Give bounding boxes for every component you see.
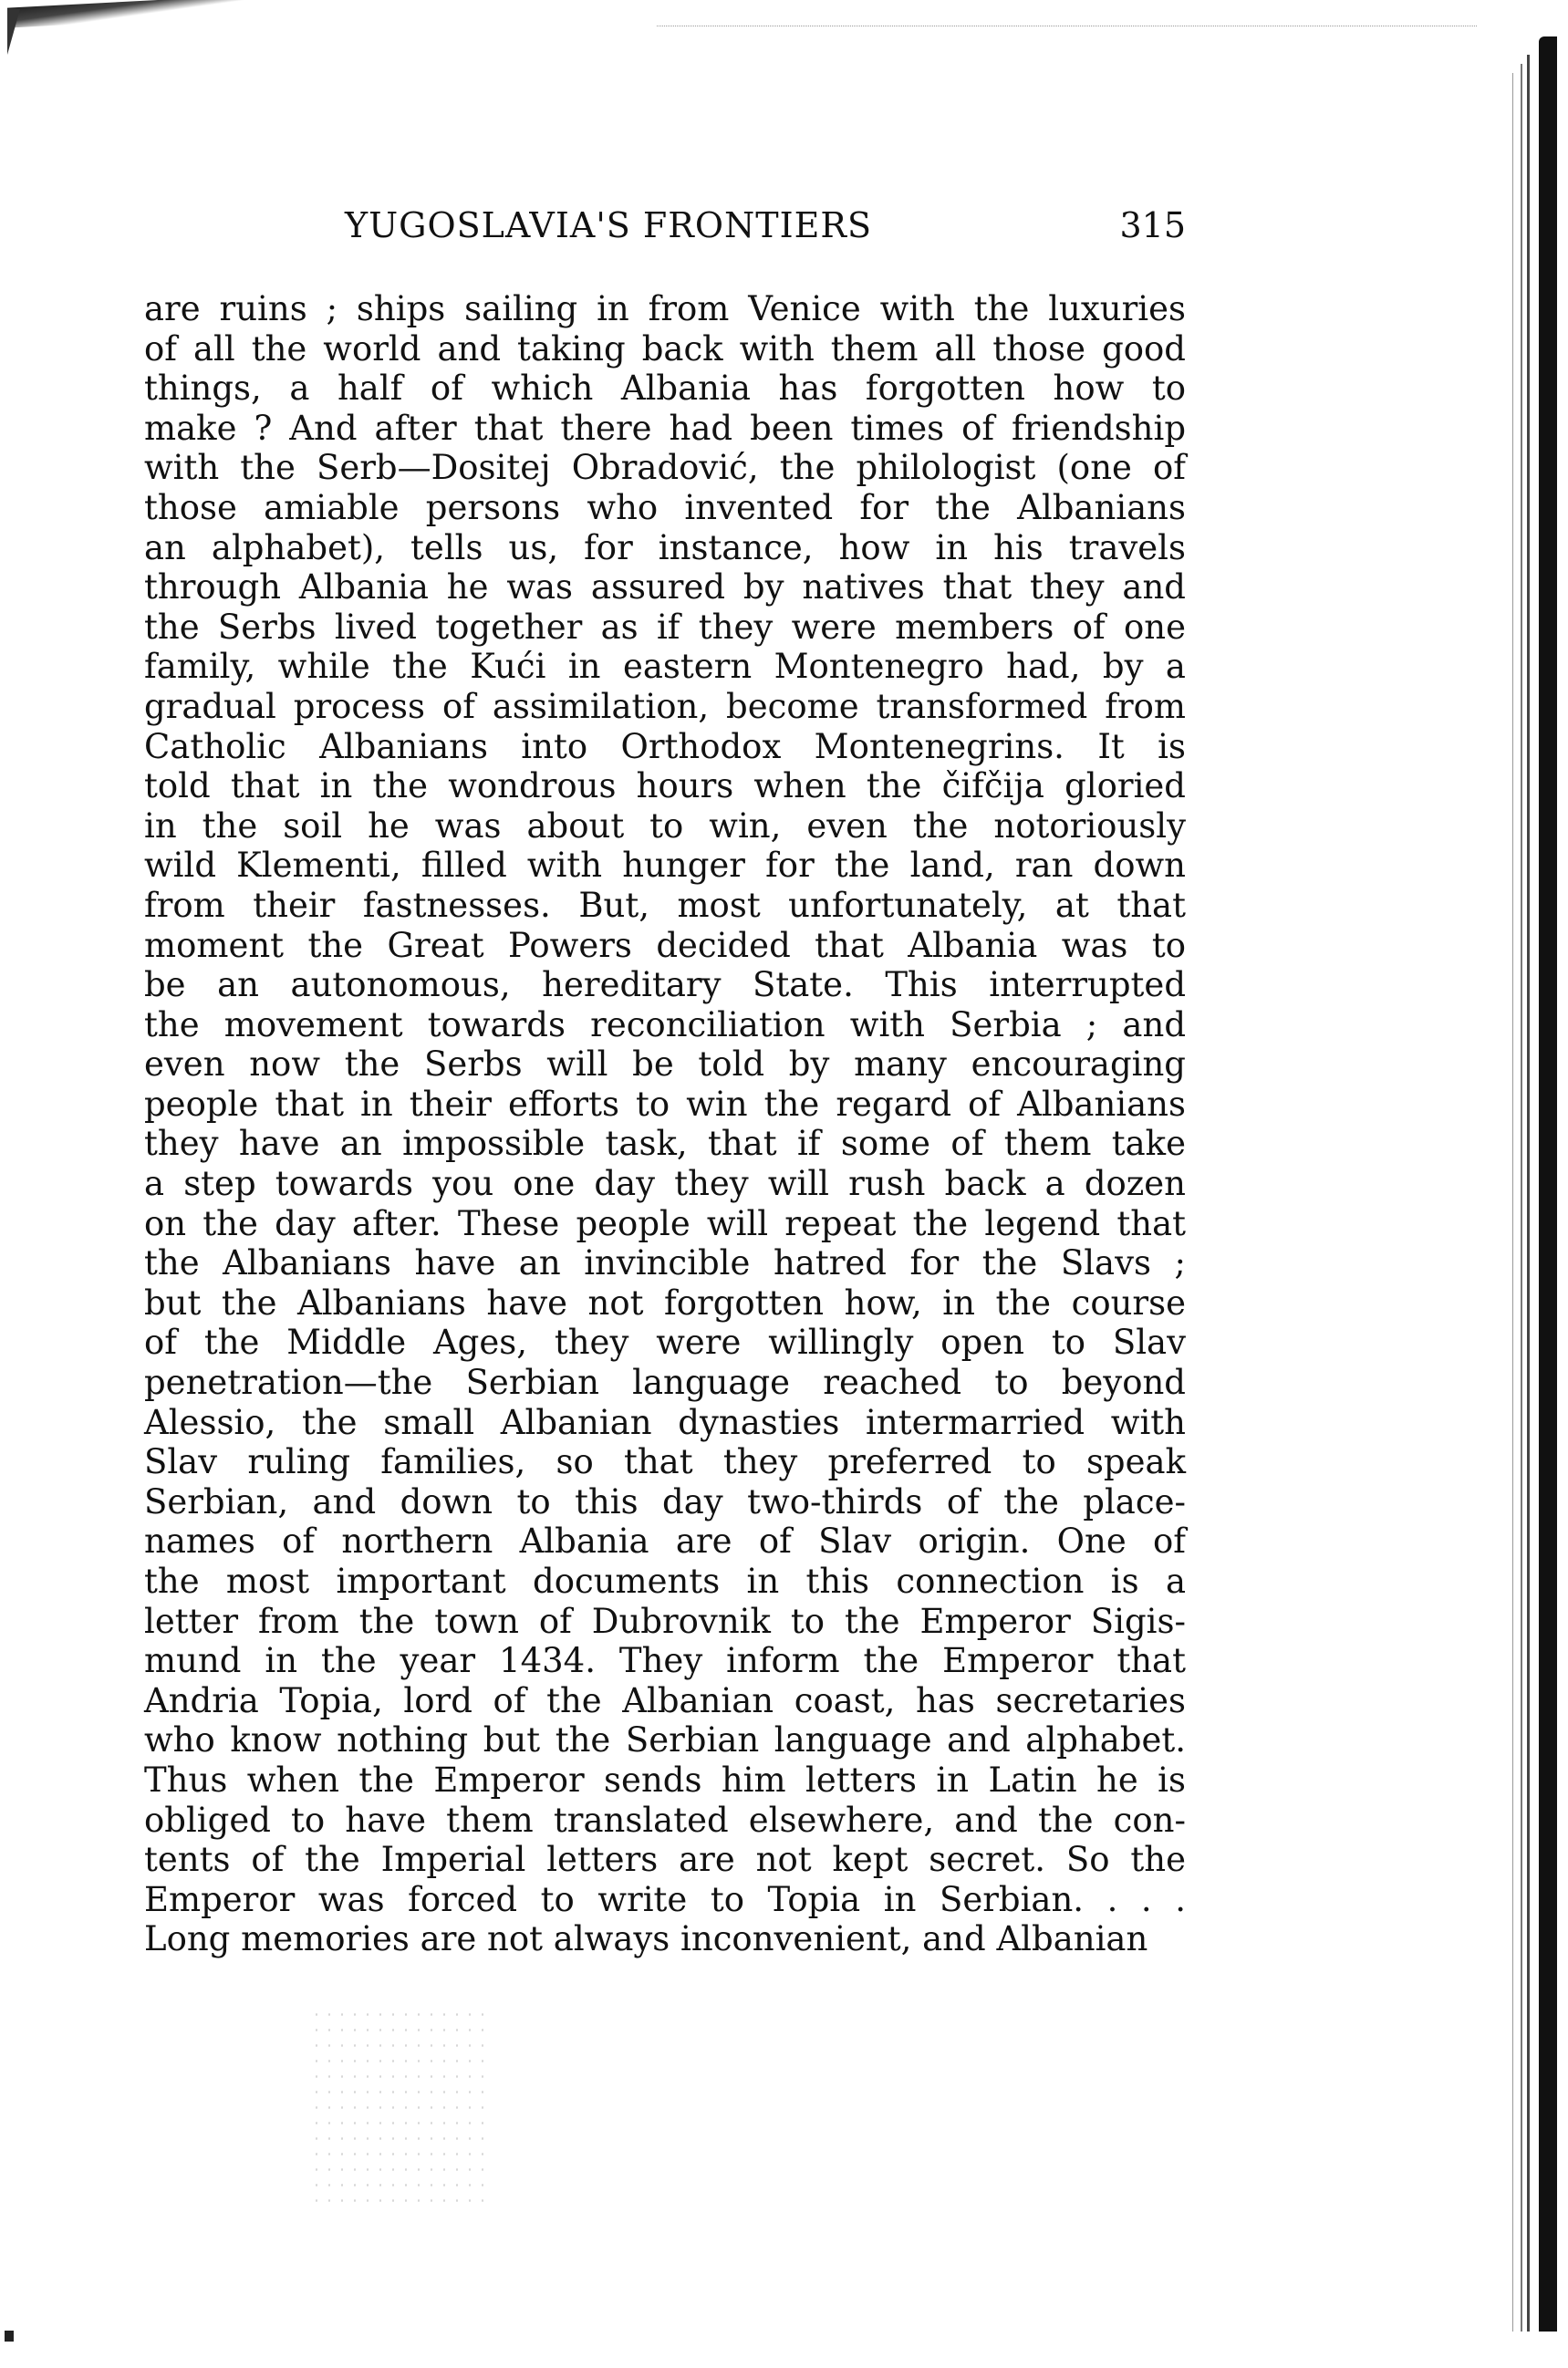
text-line: in the soil he was about to win, even th… — [144, 806, 1186, 846]
text-line: wild Klementi, filled with hunger for th… — [144, 846, 1186, 886]
text-line: the Serbs lived together as if they were… — [144, 608, 1186, 648]
text-line: moment the Great Powers decided that Alb… — [144, 926, 1186, 966]
text-line: of all the world and taking back with th… — [144, 329, 1186, 369]
text-line: of the Middle Ages, they were willingly … — [144, 1323, 1186, 1363]
page-number: 315 — [1119, 205, 1186, 245]
running-title: YUGOSLAVIA'S FRONTIERS — [345, 205, 872, 245]
text-line: things, a half of which Albania has forg… — [144, 369, 1186, 409]
book-page: YUGOSLAVIA'S FRONTIERS 315 are ruins ; s… — [144, 205, 1186, 1959]
text-line: Thus when the Emperor sends him letters … — [144, 1760, 1186, 1801]
text-line: the Albanians have an invincible hatred … — [144, 1243, 1186, 1283]
text-line: the movement towards reconciliation with… — [144, 1005, 1186, 1045]
scan-mark — [5, 2331, 14, 2342]
text-line: but the Albanians have not forgotten how… — [144, 1283, 1186, 1324]
text-line: on the day after. These people will repe… — [144, 1204, 1186, 1244]
text-line: be an autonomous, hereditary State. This… — [144, 965, 1186, 1005]
scan-speckle — [310, 2007, 493, 2207]
running-head: YUGOSLAVIA'S FRONTIERS 315 — [144, 205, 1186, 253]
text-line: Serbian, and down to this day two-thirds… — [144, 1482, 1186, 1522]
text-line: names of northern Albania are of Slav or… — [144, 1522, 1186, 1562]
text-line: family, while the Kući in eastern Monten… — [144, 647, 1186, 687]
text-line: people that in their efforts to win the … — [144, 1085, 1186, 1125]
text-line: even now the Serbs will be told by many … — [144, 1044, 1186, 1085]
text-line: are ruins ; ships sailing in from Venice… — [144, 289, 1186, 329]
scan-edge-line — [657, 26, 1477, 26]
text-line: through Albania he was assured by native… — [144, 567, 1186, 608]
text-line: letter from the town of Dubrovnik to the… — [144, 1602, 1186, 1642]
text-line: a step towards you one day they will rus… — [144, 1164, 1186, 1204]
text-line: obliged to have them translated elsewher… — [144, 1801, 1186, 1841]
text-line: Catholic Albanians into Orthodox Montene… — [144, 727, 1186, 767]
body-text: are ruins ; ships sailing in from Venice… — [144, 289, 1186, 1959]
text-line: the most important documents in this con… — [144, 1562, 1186, 1602]
text-line: Slav ruling families, so that they prefe… — [144, 1442, 1186, 1482]
scan-shadow-top-left — [7, 0, 308, 28]
text-line: told that in the wondrous hours when the… — [144, 766, 1186, 806]
text-line: those amiable persons who invented for t… — [144, 488, 1186, 528]
text-line: Long memories are not always inconvenien… — [144, 1919, 1186, 1959]
text-line: Emperor was forced to write to Topia in … — [144, 1880, 1186, 1920]
text-line: mund in the year 1434. They inform the E… — [144, 1641, 1186, 1681]
text-line: tents of the Imperial letters are not ke… — [144, 1840, 1186, 1880]
text-line: penetration—the Serbian language reached… — [144, 1363, 1186, 1403]
text-line: who know nothing but the Serbian languag… — [144, 1720, 1186, 1760]
text-line: an alphabet), tells us, for instance, ho… — [144, 528, 1186, 568]
text-line: they have an impossible task, that if so… — [144, 1124, 1186, 1164]
text-line: Alessio, the small Albanian dynasties in… — [144, 1403, 1186, 1443]
text-line: make ? And after that there had been tim… — [144, 409, 1186, 449]
book-binding-edge — [1493, 27, 1557, 2332]
text-line: from their fastnesses. But, most unfortu… — [144, 886, 1186, 926]
scan-shadow-corner — [7, 9, 20, 55]
text-line: Andria Topia, lord of the Albanian coast… — [144, 1681, 1186, 1721]
text-line: with the Serb—Dositej Obradović, the phi… — [144, 448, 1186, 488]
text-line: gradual process of assimilation, become … — [144, 687, 1186, 727]
